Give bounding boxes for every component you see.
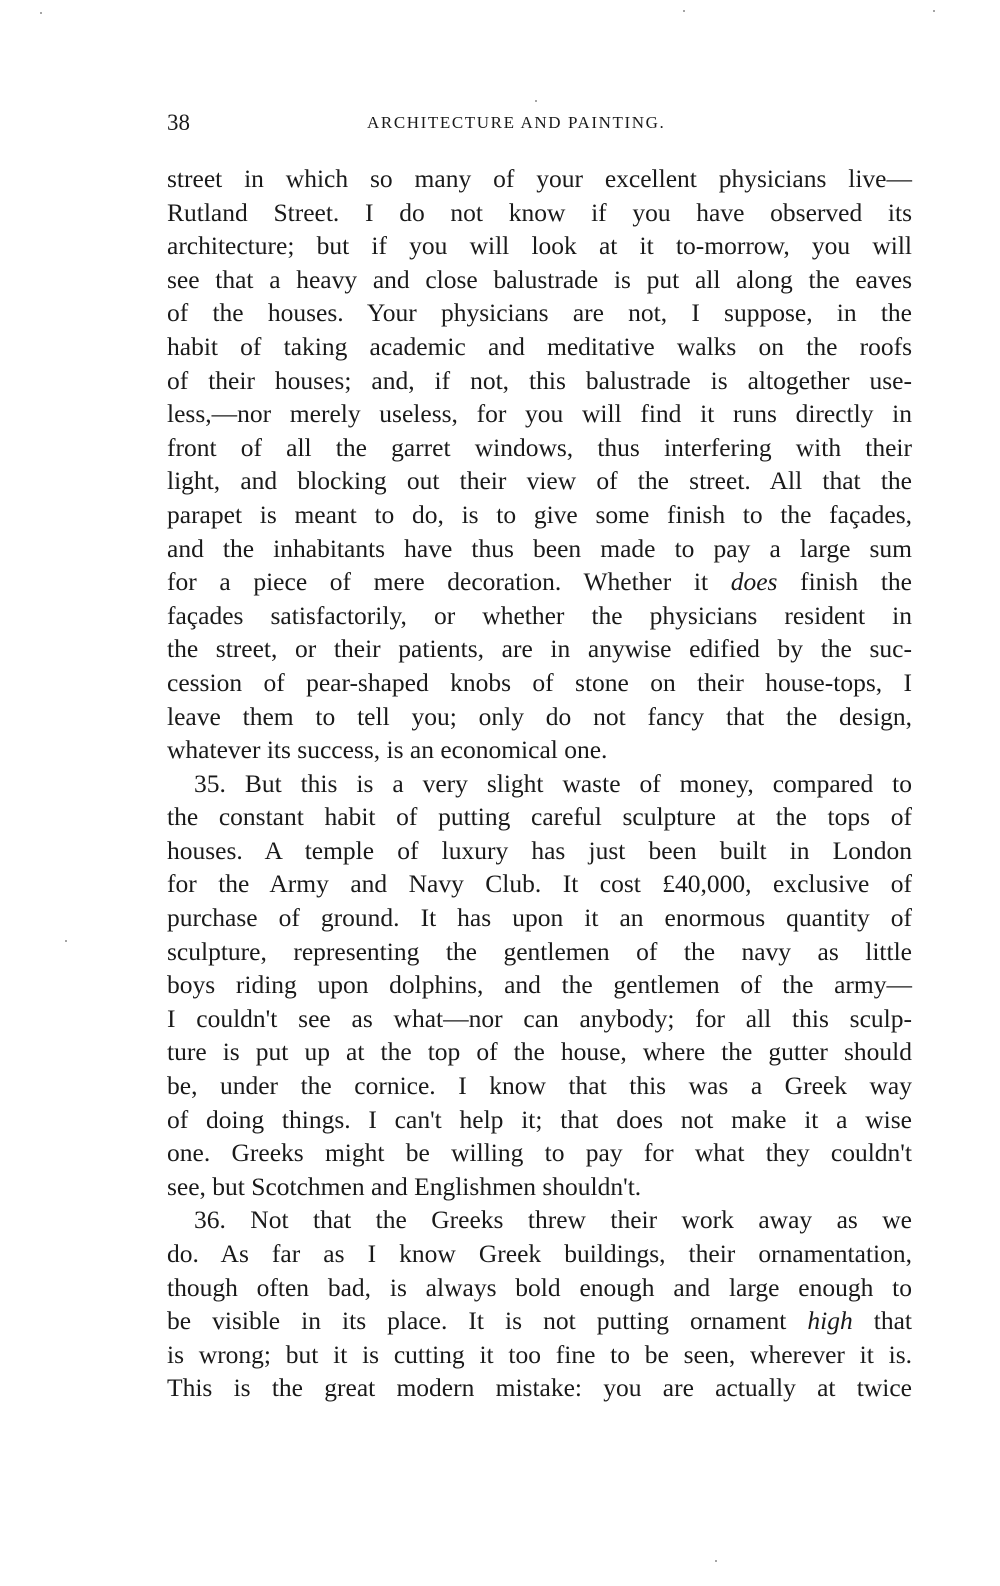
scan-speck bbox=[715, 1560, 717, 1562]
scan-speck bbox=[65, 940, 67, 942]
text-line: for the Army and Navy Club. It cost £40,… bbox=[167, 867, 912, 901]
text-line: purchase of ground. It has upon it an en… bbox=[167, 901, 912, 935]
text-line: do. As far as I know Greek buildings, th… bbox=[167, 1237, 912, 1271]
text-line: houses. A temple of luxury has just been… bbox=[167, 834, 912, 868]
italic-emphasis: high bbox=[807, 1306, 852, 1335]
text-line: be visible in its place. It is not putti… bbox=[167, 1304, 912, 1338]
text-line: see that a heavy and close balustrade is… bbox=[167, 263, 912, 297]
text-line: one. Greeks might be willing to pay for … bbox=[167, 1136, 912, 1170]
text-line: of their houses; and, if not, this balus… bbox=[167, 364, 912, 398]
text-line: though often bad, is always bold enough … bbox=[167, 1271, 912, 1305]
text-line: I couldn't see as what—nor can anybody; … bbox=[167, 1002, 912, 1036]
text-line: be, under the cornice. I know that this … bbox=[167, 1069, 912, 1103]
scan-speck bbox=[933, 10, 935, 12]
page-number: 38 bbox=[167, 106, 190, 140]
text-line: boys riding upon dolphins, and the gentl… bbox=[167, 968, 912, 1002]
paragraph-start-line: 35. But this is a very slight waste of m… bbox=[167, 767, 912, 801]
book-page: 38 ARCHITECTURE AND PAINTING. street in … bbox=[0, 0, 1000, 1586]
text-line: habit of taking academic and meditative … bbox=[167, 330, 912, 364]
text-segment: for a piece of mere decoration. Whether … bbox=[167, 567, 731, 596]
text-line: Rutland Street. I do not know if you hav… bbox=[167, 196, 912, 230]
text-line: cession of pear-shaped knobs of stone on… bbox=[167, 666, 912, 700]
text-line: for a piece of mere decoration. Whether … bbox=[167, 565, 912, 599]
text-line: architecture; but if you will look at it… bbox=[167, 229, 912, 263]
text-line: the constant habit of putting careful sc… bbox=[167, 800, 912, 834]
text-line: parapet is meant to do, is to give some … bbox=[167, 498, 912, 532]
text-line: façades satisfactorily, or whether the p… bbox=[167, 599, 912, 633]
text-line: front of all the garret windows, thus in… bbox=[167, 431, 912, 465]
scan-speck bbox=[683, 10, 685, 12]
italic-emphasis: does bbox=[731, 567, 778, 596]
text-line: less,—nor merely useless, for you will f… bbox=[167, 397, 912, 431]
running-title: ARCHITECTURE AND PAINTING. bbox=[367, 106, 665, 140]
scan-speck bbox=[40, 12, 42, 14]
text-line: street in which so many of your excellen… bbox=[167, 162, 912, 196]
text-line: whatever its success, is an economical o… bbox=[167, 733, 912, 767]
text-line: is wrong; but it is cutting it too fine … bbox=[167, 1338, 912, 1372]
text-segment: be visible in its place. It is not putti… bbox=[167, 1306, 807, 1335]
text-line: ture is put up at the top of the house, … bbox=[167, 1035, 912, 1069]
scan-speck bbox=[535, 100, 537, 102]
running-head: 38 ARCHITECTURE AND PAINTING. bbox=[167, 106, 912, 140]
text-line: This is the great modern mistake: you ar… bbox=[167, 1371, 912, 1405]
paragraph-start-line: 36. Not that the Greeks threw their work… bbox=[167, 1203, 912, 1237]
text-line: sculpture, representing the gentlemen of… bbox=[167, 935, 912, 969]
text-segment: finish the bbox=[777, 567, 912, 596]
text-line: and the inhabitants have thus been made … bbox=[167, 532, 912, 566]
text-line: of doing things. I can't help it; that d… bbox=[167, 1103, 912, 1137]
text-line: the street, or their patients, are in an… bbox=[167, 632, 912, 666]
text-line: see, but Scotchmen and Englishmen should… bbox=[167, 1170, 912, 1204]
text-line: light, and blocking out their view of th… bbox=[167, 464, 912, 498]
text-line: of the houses. Your physicians are not, … bbox=[167, 296, 912, 330]
body-text: street in which so many of your excellen… bbox=[167, 162, 912, 1405]
text-segment: that bbox=[853, 1306, 912, 1335]
text-line: leave them to tell you; only do not fanc… bbox=[167, 700, 912, 734]
